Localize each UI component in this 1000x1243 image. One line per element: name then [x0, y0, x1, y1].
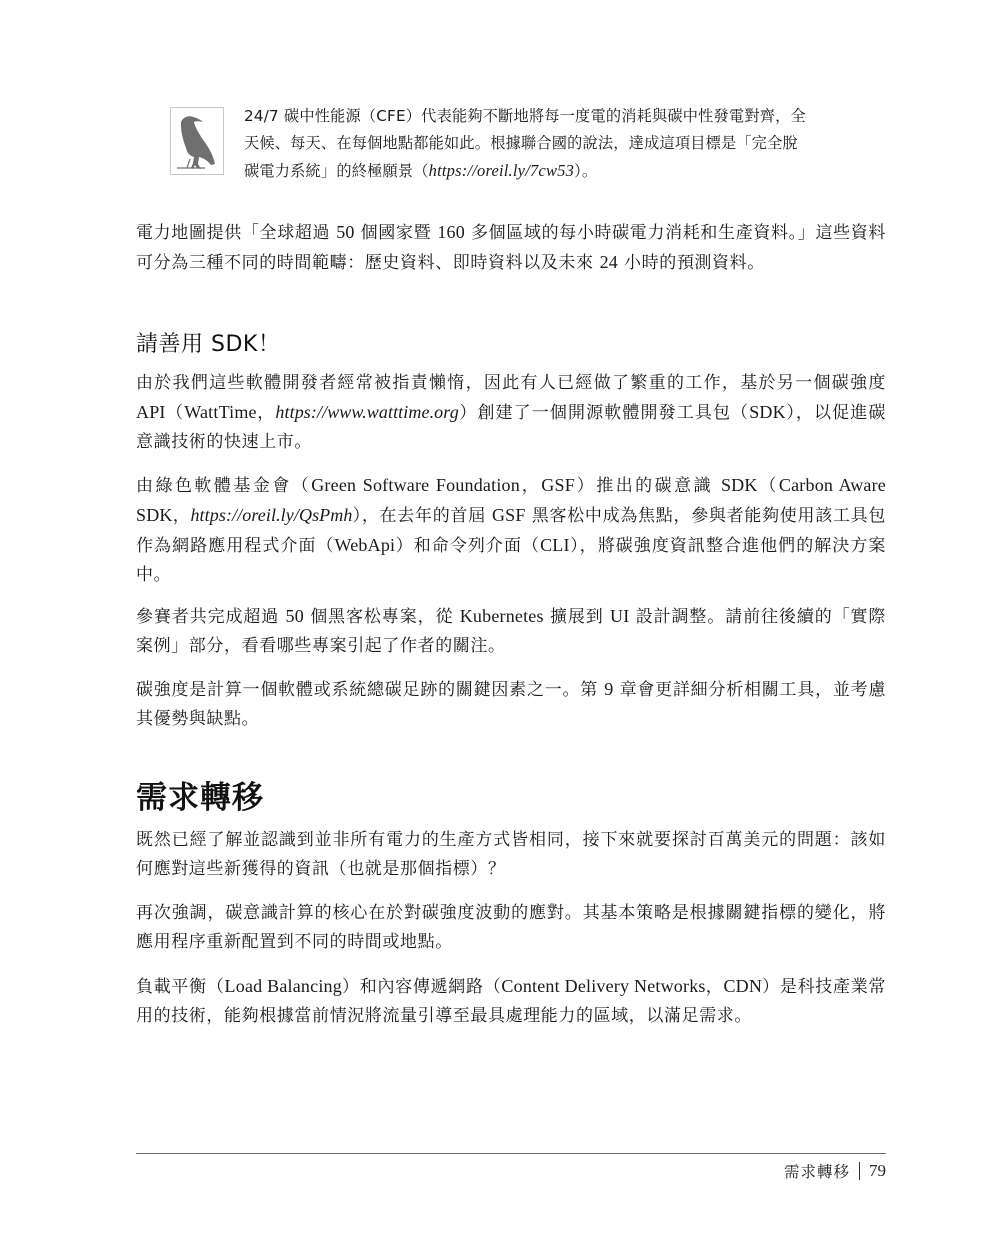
- paragraph-carbon-aware-sdk: 由綠色軟體基金會（Green Software Foundation，GSF）推…: [136, 471, 886, 590]
- watttime-link[interactable]: https://www.watttime.org: [275, 402, 458, 422]
- footer-divider: [136, 1153, 886, 1154]
- note-text: 24/7 碳中性能源（CFE）代表能夠不斷地將每一度電的消耗與碳中性發電對齊，全…: [244, 103, 810, 185]
- paragraph-electricity-maps: 電力地圖提供「全球超過 50 個國家暨 160 多個區域的每小時碳電力消耗和生產…: [136, 218, 886, 278]
- paragraph-core-strategy: 再次強調，碳意識計算的核心在於對碳強度波動的應對。其基本策略是根據關鍵指標的變化…: [136, 899, 886, 957]
- note-link[interactable]: https://oreil.ly/7cw53: [429, 161, 574, 180]
- page-number: 79: [869, 1161, 886, 1181]
- crow-bird-icon: [170, 107, 224, 175]
- section-heading: 需求轉移: [136, 772, 264, 817]
- note-callout: 24/7 碳中性能源（CFE）代表能夠不斷地將每一度電的消耗與碳中性發電對齊，全…: [170, 103, 810, 185]
- sdk-heading: 請善用 SDK！: [136, 327, 280, 358]
- paragraph-hackathon: 參賽者共完成超過 50 個黑客松專案，從 Kubernetes 擴展到 UI 設…: [136, 602, 886, 661]
- paragraph-load-balancing: 負載平衡（Load Balancing）和內容傳遞網路（Content Deli…: [136, 972, 886, 1031]
- page-footer: 需求轉移 79: [784, 1160, 886, 1182]
- paragraph-watttime: 由於我們這些軟體開發者經常被指責懶惰，因此有人已經做了繁重的工作，基於另一個碳強…: [136, 369, 886, 457]
- carbon-aware-sdk-link[interactable]: https://oreil.ly/QsPmh: [190, 505, 352, 525]
- footer-chapter-title: 需求轉移: [784, 1160, 850, 1182]
- book-page: 24/7 碳中性能源（CFE）代表能夠不斷地將每一度電的消耗與碳中性發電對齊，全…: [136, 0, 886, 1243]
- footer-separator: [859, 1162, 860, 1180]
- paragraph-carbon-intensity: 碳強度是計算一個軟體或系統總碳足跡的關鍵因素之一。第 9 章會更詳細分析相關工具…: [136, 675, 886, 734]
- paragraph-million-dollar-question: 既然已經了解並認識到並非所有電力的生產方式皆相同，接下來就要探討百萬美元的問題：…: [136, 826, 886, 884]
